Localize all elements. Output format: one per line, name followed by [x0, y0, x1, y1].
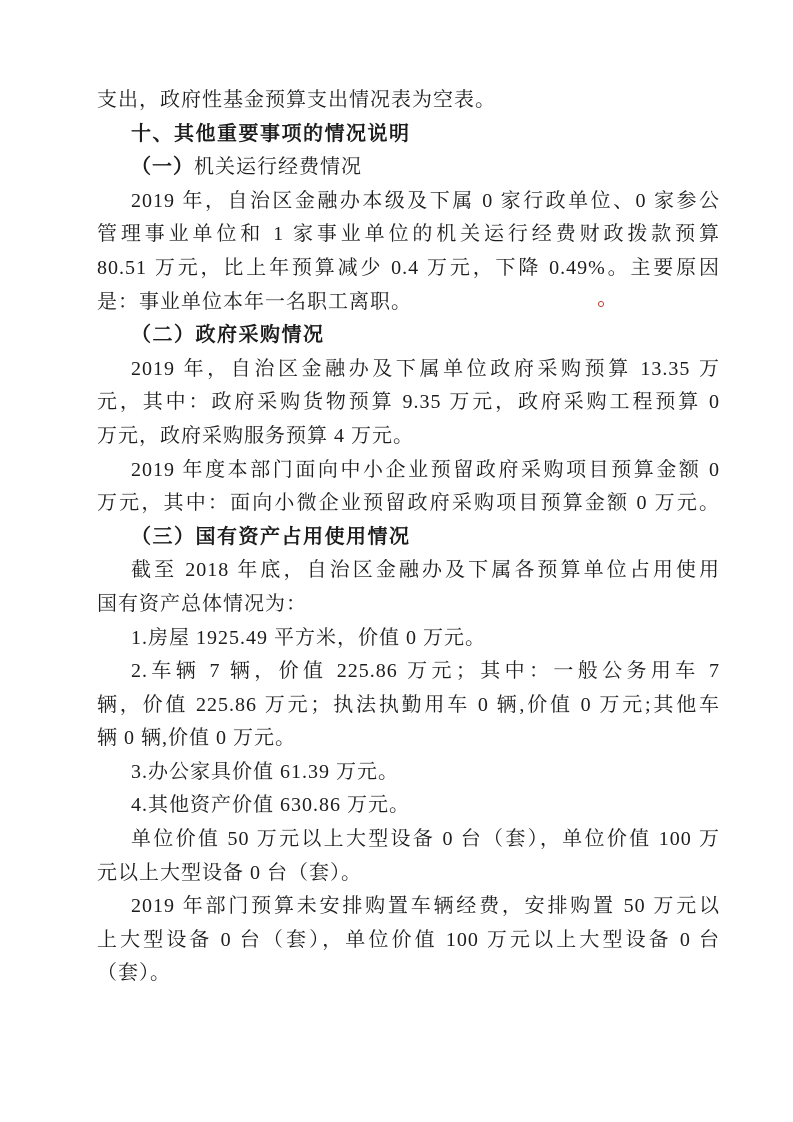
doc-line: 2019 年度本部门面向中小企业预留政府采购项目预算金额 0 [97, 454, 720, 488]
doc-line: 元，其中：政府采购货物预算 9.35 万元，政府采购工程预算 0 [97, 386, 720, 420]
subsection-title: 机关运行经费情况 [194, 156, 362, 178]
doc-line: 万元，政府采购服务预算 4 万元。 [97, 420, 720, 454]
subsection-heading-1: （一）机关运行经费情况 [97, 151, 720, 185]
doc-line: 单位价值 50 万元以上大型设备 0 台（套），单位价值 100 万 [97, 823, 720, 857]
doc-line: 万元，其中：面向小微企业预留政府采购项目预算金额 0 万元。 [97, 487, 720, 521]
subsection-heading-3: （三）国有资产占用使用情况 [97, 521, 720, 555]
doc-line: 辆 0 辆,价值 0 万元。 [97, 722, 720, 756]
section-heading-10: 十、其他重要事项的情况说明 [97, 118, 720, 152]
doc-line: 2019 年，自治区金融办及下属单位政府采购预算 13.35 万 [97, 353, 720, 387]
document-text-block: 支出，政府性基金预算支出情况表为空表。 十、其他重要事项的情况说明 （一）机关运… [97, 84, 720, 991]
document-page: 支出，政府性基金预算支出情况表为空表。 十、其他重要事项的情况说明 （一）机关运… [0, 0, 793, 1122]
doc-line-item-2: 2.车辆 7 辆，价值 225.86 万元；其中：一般公务用车 7 [97, 655, 720, 689]
doc-line: 80.51 万元，比上年预算减少 0.4 万元，下降 0.49%。主要原因 [97, 252, 720, 286]
doc-line: 元以上大型设备 0 台（套）。 [97, 857, 720, 891]
doc-line: 是：事业单位本年一名职工离职。 [97, 286, 720, 320]
subsection-number: （一） [131, 156, 194, 178]
doc-line: 支出，政府性基金预算支出情况表为空表。 [97, 84, 720, 118]
doc-line: 管理事业单位和 1 家事业单位的机关运行经费财政拨款预算 [97, 218, 720, 252]
doc-line: 截至 2018 年底，自治区金融办及下属各预算单位占用使用 [97, 554, 720, 588]
doc-line: 上大型设备 0 台（套），单位价值 100 万元以上大型设备 0 台 [97, 924, 720, 958]
subsection-heading-2: （二）政府采购情况 [97, 319, 720, 353]
doc-line: （套）。 [97, 957, 720, 991]
doc-line-item-1: 1.房屋 1925.49 平方米，价值 0 万元。 [97, 622, 720, 656]
doc-line: 国有资产总体情况为： [97, 588, 720, 622]
doc-line: 2019 年，自治区金融办本级及下属 0 家行政单位、0 家参公 [97, 185, 720, 219]
doc-line-item-4: 4.其他资产价值 630.86 万元。 [97, 789, 720, 823]
doc-line: 辆，价值 225.86 万元；执法执勤用车 0 辆,价值 0 万元;其他车 [97, 689, 720, 723]
doc-line-item-3: 3.办公家具价值 61.39 万元。 [97, 756, 720, 790]
doc-line: 2019 年部门预算未安排购置车辆经费，安排购置 50 万元以 [97, 890, 720, 924]
red-annotation-dot-icon [598, 301, 604, 307]
